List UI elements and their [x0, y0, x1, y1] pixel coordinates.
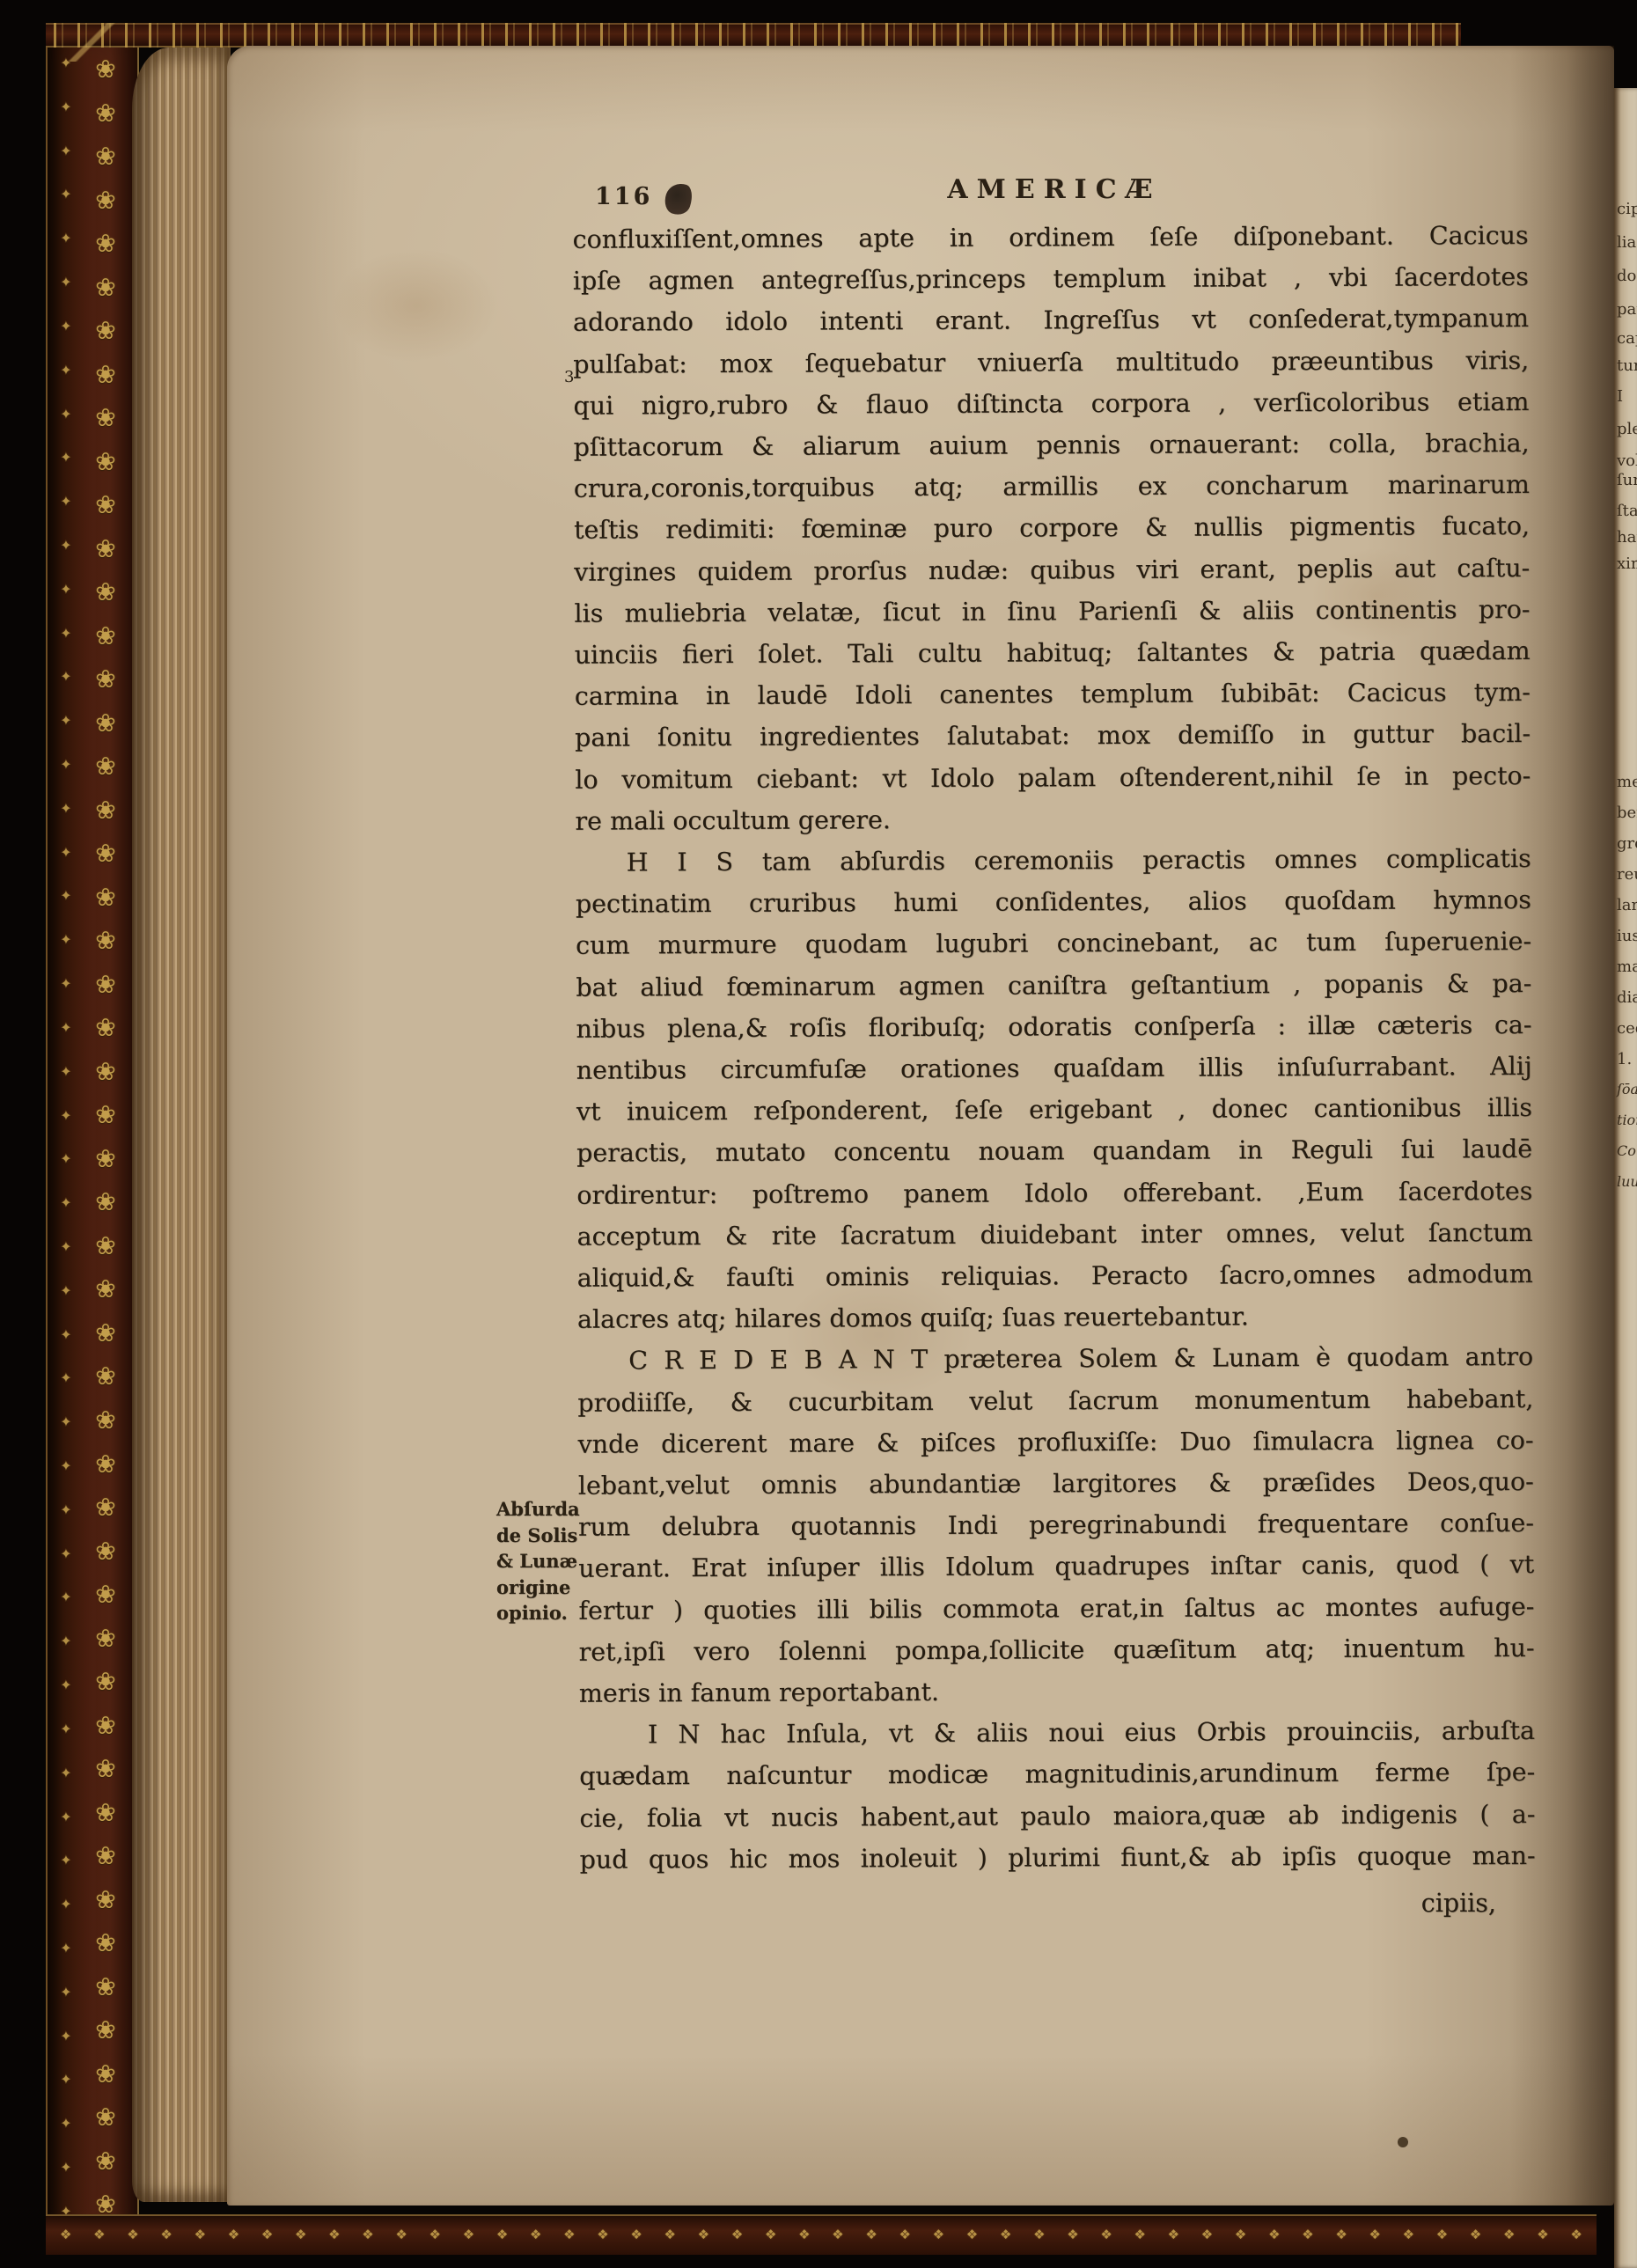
text-line: ordirentur: poſtremo panem Idolo offereb… — [576, 1177, 1532, 1210]
gold-ornament-icon: ❖ — [1436, 2227, 1448, 2242]
text-line: pectinatim cruribus humi conſidentes, al… — [576, 885, 1531, 919]
gold-ornament-icon: ❀ — [95, 273, 115, 302]
gold-ornament-icon: ✦ — [60, 1019, 71, 1036]
gold-ornament-icon: ❖ — [496, 2227, 508, 2242]
gold-ornament-icon: ❀ — [95, 534, 115, 563]
gold-ornament-icon: ❖ — [1470, 2227, 1481, 2242]
gold-ornament-icon: ✦ — [60, 1984, 71, 2000]
gold-ornament-icon: ✦ — [60, 1633, 71, 1649]
gold-ornament-icon: ❀ — [95, 1274, 115, 1303]
gold-ornament-icon: ✦ — [60, 1107, 71, 1124]
gold-ornament-icon: ✦ — [60, 493, 71, 510]
gold-ornament-icon: ❀ — [95, 1231, 115, 1260]
gold-ornament-icon: ❖ — [261, 2227, 273, 2242]
gold-ornament-icon: ❀ — [95, 2147, 115, 2176]
gold-ornament-icon: ❀ — [95, 360, 115, 389]
text-line: ipſe agmen antegreſſus,princeps templum … — [573, 262, 1529, 296]
gold-ornament-icon: ✦ — [60, 975, 71, 992]
gold-ornament-icon: ❖ — [798, 2227, 810, 2242]
gold-ornament-icon: ❖ — [630, 2227, 642, 2242]
gold-ornament-icon: ✦ — [60, 318, 71, 334]
gold-ornament-icon: ✦ — [60, 143, 71, 159]
text-line: uinciis fieri ſolet. Tali cultu habituq;… — [575, 636, 1531, 670]
text-line: meris in fanum reportabant. — [579, 1675, 1535, 1708]
text-line: pſittacorum & aliarum auium pennis ornau… — [574, 429, 1530, 462]
gold-ornament-icon: ❖ — [1335, 2227, 1347, 2242]
gold-ornament-icon: ✦ — [60, 1589, 71, 1605]
gold-ornament-icon: ❀ — [95, 1187, 115, 1216]
gold-ornament-icon: ❖ — [1134, 2227, 1146, 2242]
text-line: uerant. Erat inſuper illis Idolum quadru… — [578, 1550, 1534, 1583]
gold-ornament-icon: ❖ — [1268, 2227, 1280, 2242]
text-line: prodiiſſe, & cucurbitam velut ſacrum mon… — [577, 1384, 1533, 1418]
gold-ornament-icon: ❖ — [765, 2227, 776, 2242]
gold-ornament-icon: ❖ — [1235, 2227, 1246, 2242]
gold-ornament-icon: ❀ — [95, 186, 115, 215]
gold-ornament-icon: ❀ — [95, 1100, 115, 1129]
gold-tooling-bottom-row-icon: ❖❖❖❖❖❖❖❖❖❖❖❖❖❖❖❖❖❖❖❖❖❖❖❖❖❖❖❖❖❖❖❖❖❖❖❖❖❖❖❖… — [46, 2214, 1597, 2255]
page-edges-stack — [132, 48, 231, 2202]
text-line: teſtis redimiti: fœminæ puro corpore & n… — [574, 511, 1530, 545]
text-line: nibus plena,& roſis floribuſq; odoratis … — [576, 1010, 1531, 1044]
text-block: confluxiſſent,omnes apte in ordinem ſeſe… — [223, 43, 1619, 2209]
text-line: cie, folia vt nucis habent,aut paulo mai… — [579, 1800, 1535, 1833]
facing-page-text-fragment: diabo — [1617, 988, 1637, 1007]
gold-ornament-icon: ❀ — [95, 316, 115, 345]
text-line: re mali occultum gerere. — [575, 803, 1531, 836]
text-line: pulſabat: mox ſequebatur vniuerſa multit… — [573, 346, 1529, 379]
gold-ornament-icon: ❀ — [95, 229, 115, 258]
book-cover-bottom-band: ❖❖❖❖❖❖❖❖❖❖❖❖❖❖❖❖❖❖❖❖❖❖❖❖❖❖❖❖❖❖❖❖❖❖❖❖❖❖❖❖… — [46, 2214, 1597, 2255]
facing-page-text-fragment: xima — [1617, 554, 1637, 573]
gold-ornament-icon: ❖ — [127, 2227, 138, 2242]
gold-ornament-icon: ❀ — [95, 1144, 115, 1173]
gold-ornament-icon: ❀ — [95, 1362, 115, 1391]
gold-ornament-icon: ❀ — [95, 970, 115, 999]
facing-page-text-fragment: volup — [1617, 451, 1637, 470]
text-line: peractis, mutato concentu nouam quandam … — [576, 1134, 1532, 1168]
gold-ornament-icon: ✦ — [60, 1940, 71, 1956]
gold-ornament-icon: ❀ — [95, 752, 115, 781]
text-line: alacres atq; hilares domos quiſq; ſuas r… — [577, 1301, 1533, 1334]
facing-page-edge: cipilia ſtdonpatrcapittumIpleanvolupſum … — [1614, 88, 1637, 2268]
facing-page-text-fragment: don — [1617, 267, 1637, 285]
gold-ornament-icon: ❖ — [1067, 2227, 1078, 2242]
gold-ornament-icon: ❀ — [95, 1057, 115, 1086]
gold-ornament-icon: ✦ — [60, 2159, 71, 2176]
gold-ornament-icon: ❖ — [563, 2227, 575, 2242]
gold-ornament-icon: ❀ — [95, 1580, 115, 1609]
gold-ornament-icon: ✦ — [60, 1369, 71, 1386]
gold-ornament-icon: ✦ — [60, 362, 71, 378]
margin-note-line: & Lunæ — [496, 1548, 611, 1574]
facing-page-text-fragment: capit — [1617, 329, 1637, 348]
gold-ornament-icon: ❖ — [1570, 2227, 1582, 2242]
gold-ornament-icon: ❀ — [95, 708, 115, 738]
text-line: fertur ) quoties illi bilis commota erat… — [578, 1592, 1534, 1626]
text-line: lebant,velut omnis abundantiæ largitores… — [578, 1467, 1534, 1501]
text-line: pani ſonitu ingredientes ſalutabat: mox … — [575, 719, 1531, 752]
gold-ornament-icon: ✦ — [60, 756, 71, 773]
facing-page-text-fragment: Conſ — [1617, 1142, 1637, 1159]
gold-ornament-icon: ❖ — [228, 2227, 239, 2242]
gold-ornament-icon: ❖ — [933, 2227, 944, 2242]
gold-ornament-icon: ✦ — [60, 668, 71, 685]
facing-page-text-fragment: patr — [1617, 300, 1637, 319]
gold-ornament-icon: ❖ — [1000, 2227, 1011, 2242]
margin-note-line: Abſurda — [496, 1496, 611, 1523]
gold-ornament-icon: ✦ — [60, 712, 71, 729]
margin-note: Abſurdade Solis& Lunæorigineopinio. — [496, 1496, 611, 1626]
gold-ornament-icon: ❖ — [195, 2227, 206, 2242]
gold-ornament-icon: ❀ — [95, 839, 115, 868]
gold-ornament-icon: ✦ — [60, 1238, 71, 1255]
facing-page-text-fragment: gredi — [1617, 834, 1637, 853]
gold-ornament-icon: ❖ — [865, 2227, 877, 2242]
gold-ornament-icon: ✦ — [60, 2115, 71, 2132]
facing-page-text-fragment: tione ſ — [1617, 1112, 1637, 1128]
gold-ornament-icon: ❀ — [95, 926, 115, 955]
margin-note-line: de Solis — [496, 1523, 611, 1549]
book-scan: ✦✦✦✦✦✦✦✦✦✦✦✦✦✦✦✦✦✦✦✦✦✦✦✦✦✦✦✦✦✦✦✦✦✦✦✦✦✦✦✦… — [0, 0, 1637, 2268]
gold-ornament-icon: ❀ — [95, 1450, 115, 1479]
facing-page-text-fragment: 1. — [1617, 1050, 1632, 1068]
facing-page-text-fragment: hauri — [1617, 528, 1637, 547]
gold-ornament-icon: ✦ — [60, 844, 71, 861]
gold-ornament-icon: ❖ — [395, 2227, 407, 2242]
facing-page-text-fragment: bent — [1617, 804, 1637, 822]
gold-ornament-icon: ❖ — [1537, 2227, 1548, 2242]
facing-page-text-fragment: reum — [1617, 865, 1637, 884]
gold-ornament-icon: ✦ — [60, 1194, 71, 1211]
text-line: carmina in laudē Idoli canentes templum … — [575, 678, 1531, 711]
gold-ornament-icon: ❀ — [95, 142, 115, 171]
gold-ornament-icon: ✦ — [60, 230, 71, 246]
gold-ornament-icon: ❖ — [899, 2227, 911, 2242]
facing-page-text-fragment: lam & — [1617, 896, 1637, 914]
book-cover-left-edge: ✦✦✦✦✦✦✦✦✦✦✦✦✦✦✦✦✦✦✦✦✦✦✦✦✦✦✦✦✦✦✦✦✦✦✦✦✦✦✦✦… — [46, 25, 139, 2255]
cover-corner-mitre — [46, 23, 137, 62]
gold-ornament-icon: ❖ — [328, 2227, 340, 2242]
gold-ornament-icon: ✦ — [60, 1765, 71, 1781]
gold-tooling-rosette-column-icon: ❀❀❀❀❀❀❀❀❀❀❀❀❀❀❀❀❀❀❀❀❀❀❀❀❀❀❀❀❀❀❀❀❀❀❀❀❀❀❀❀… — [83, 55, 128, 2220]
text-line: ret,ipſi vero ſolenni pompa,ſollicite qu… — [579, 1633, 1535, 1667]
text-line: bat aliud fœminarum agmen caniſtra geſta… — [576, 969, 1531, 1002]
gold-ornament-icon: ✦ — [60, 1282, 71, 1299]
gold-ornament-icon: ✦ — [60, 1150, 71, 1167]
gold-ornament-icon: ❀ — [95, 1754, 115, 1783]
text-line: aliquid,& fauſti ominis reliquias. Perac… — [577, 1259, 1533, 1293]
gold-ornament-icon: ✦ — [60, 1545, 71, 1562]
gold-ornament-icon: ❀ — [95, 1885, 115, 1914]
gold-ornament-icon: ✦ — [60, 1677, 71, 1693]
gold-ornament-icon: ❖ — [463, 2227, 474, 2242]
gold-ornament-icon: ❖ — [1302, 2227, 1313, 2242]
facing-page-text-fragment: ius in — [1617, 927, 1637, 945]
gold-ornament-icon: ✦ — [60, 1501, 71, 1518]
facing-page-text-fragment: ſōa ſ — [1617, 1081, 1637, 1097]
text-line: I N hac Inſula, vt & aliis noui eius Orb… — [579, 1716, 1535, 1750]
gold-ornament-icon: ✦ — [60, 186, 71, 202]
gold-ornament-icon: ✦ — [60, 887, 71, 904]
gold-ornament-icon: ✦ — [60, 1413, 71, 1430]
text-line: crura,coronis,torquibus atq; armillis ex… — [574, 470, 1530, 503]
gold-ornament-icon: ❀ — [95, 1928, 115, 1957]
gold-ornament-icon: ❀ — [95, 2059, 115, 2088]
gold-ornament-icon: ❀ — [95, 1798, 115, 1827]
gold-ornament-icon: ✦ — [60, 1809, 71, 1825]
text-line: confluxiſſent,omnes apte in ordinem ſeſe… — [573, 221, 1529, 254]
gold-ornament-icon: ✦ — [60, 2071, 71, 2088]
gold-ornament-icon: ❀ — [95, 1406, 115, 1435]
gold-ornament-icon: ✦ — [60, 1326, 71, 1343]
gold-ornament-icon: ❀ — [95, 403, 115, 432]
gold-ornament-icon: ✦ — [60, 931, 71, 948]
gold-ornament-icon: ✦ — [60, 99, 71, 115]
gold-ornament-icon: ❖ — [295, 2227, 306, 2242]
gold-ornament-icon: ✦ — [60, 800, 71, 817]
gold-ornament-icon: ❀ — [95, 1841, 115, 1870]
gold-ornament-icon: ❖ — [530, 2227, 541, 2242]
gold-ornament-icon: ❖ — [731, 2227, 743, 2242]
gold-ornament-icon: ✦ — [60, 406, 71, 422]
gold-ornament-icon: ❖ — [160, 2227, 172, 2242]
gold-ornament-icon: ❀ — [95, 577, 115, 606]
text-line: lo vomitum ciebant: vt Idolo palam oſten… — [575, 761, 1531, 795]
gold-ornament-icon: ❖ — [832, 2227, 843, 2242]
facing-page-text-fragment: ſum c — [1617, 471, 1637, 489]
text-line: H I S tam abſurdis ceremoniis peractis o… — [576, 844, 1531, 877]
facing-page-text-fragment: luum — [1617, 1173, 1637, 1190]
gold-ornament-icon: ❀ — [95, 883, 115, 912]
gold-ornament-icon: ❖ — [1100, 2227, 1112, 2242]
margin-note-line: origine — [496, 1574, 611, 1601]
gold-ornament-icon: ✦ — [60, 1852, 71, 1868]
gutter-shadow — [1510, 46, 1614, 2206]
gold-ornament-icon: ❀ — [95, 1972, 115, 2001]
margin-signature-mark: 3 — [564, 368, 574, 386]
gold-ornament-icon: ❖ — [362, 2227, 373, 2242]
facing-page-text-fragment: ceder — [1617, 1019, 1637, 1038]
gold-ornament-icon: ❖ — [698, 2227, 709, 2242]
facing-page-text-fragment: ſtate — [1617, 502, 1637, 520]
gold-ornament-icon: ✦ — [60, 449, 71, 466]
gold-ornament-icon: ❖ — [1369, 2227, 1380, 2242]
gold-ornament-icon: ❀ — [95, 796, 115, 825]
gold-ornament-icon: ✦ — [60, 1721, 71, 1737]
facing-page-text-fragment: mare — [1617, 958, 1637, 976]
gold-ornament-icon: ❖ — [966, 2227, 978, 2242]
gold-ornament-icon: ❀ — [95, 1624, 115, 1653]
gold-ornament-icon: ❖ — [1503, 2227, 1515, 2242]
gold-ornament-icon: ✦ — [60, 1457, 71, 1474]
facing-page-text-fragment: tum — [1617, 356, 1637, 375]
facing-page-text-fragment: cipi — [1617, 200, 1637, 218]
facing-page-text-fragment: I — [1617, 387, 1623, 406]
book-page: 116 AMERICÆ confluxiſſent,omnes apte in … — [227, 46, 1614, 2206]
facing-page-text-fragment: lia ſt — [1617, 233, 1637, 252]
gold-ornament-icon: ✦ — [60, 2028, 71, 2044]
text-line: C R E D E B A N T præterea Solem & Lunam… — [577, 1342, 1533, 1376]
text-line: vnde dicerent mare & piſces profluxiſſe:… — [578, 1426, 1534, 1459]
gold-tooling-outer-column-icon: ✦✦✦✦✦✦✦✦✦✦✦✦✦✦✦✦✦✦✦✦✦✦✦✦✦✦✦✦✦✦✦✦✦✦✦✦✦✦✦✦… — [53, 55, 79, 2220]
gold-ornament-icon: ❖ — [1168, 2227, 1179, 2242]
gold-ornament-icon: ❀ — [95, 1318, 115, 1347]
gold-ornament-icon: ❖ — [597, 2227, 608, 2242]
margin-note-line: opinio. — [496, 1600, 611, 1626]
gold-ornament-icon: ✦ — [60, 625, 71, 642]
gold-ornament-icon: ❖ — [429, 2227, 441, 2242]
gold-ornament-icon: ✦ — [60, 537, 71, 554]
gold-ornament-icon: ❀ — [95, 2015, 115, 2044]
gold-ornament-icon: ❀ — [95, 1711, 115, 1740]
text-line: cum murmure quodam lugubri concinebant, … — [576, 927, 1531, 960]
gold-ornament-icon: ❀ — [95, 621, 115, 650]
gold-ornament-icon: ❀ — [95, 2103, 115, 2132]
gold-ornament-icon: ✦ — [60, 581, 71, 598]
gold-ornament-icon: ✦ — [60, 1063, 71, 1080]
text-line: virgines quidem prorſus nudæ: quibus vir… — [574, 554, 1530, 587]
gold-ornament-icon: ❀ — [95, 447, 115, 476]
gold-ornament-icon: ❖ — [1403, 2227, 1414, 2242]
gold-ornament-icon: ❀ — [95, 99, 115, 128]
text-line: adorando idolo intenti erant. Ingreſſus … — [573, 304, 1529, 337]
gold-ornament-icon: ❖ — [60, 2227, 71, 2242]
text-line: rum delubra quotannis Indi peregrinabund… — [578, 1508, 1534, 1542]
gold-ornament-icon: ❀ — [95, 490, 115, 519]
gold-ornament-icon: ❖ — [1033, 2227, 1045, 2242]
text-line: acceptum & rite ſacratum diuidebant inte… — [576, 1218, 1532, 1251]
facing-page-text-fragment: ment — [1617, 773, 1637, 791]
gold-ornament-icon: ❀ — [95, 1537, 115, 1566]
text-line: lis muliebria velatæ, ſicut in ſinu Pari… — [574, 595, 1530, 628]
gold-ornament-icon: ❀ — [95, 1013, 115, 1042]
text-line: pud quos hic mos inoleuit ) plurimi fiun… — [580, 1841, 1536, 1875]
text-line: nentibus circumfuſæ orationes quaſdam il… — [576, 1052, 1532, 1085]
gold-ornament-icon: ✦ — [60, 274, 71, 290]
catchword: cipiis, — [1320, 1889, 1496, 1918]
gold-ornament-icon: ❖ — [1201, 2227, 1213, 2242]
gold-ornament-icon: ❖ — [664, 2227, 676, 2242]
text-line: quædam naſcuntur modicæ magnitudinis,aru… — [579, 1758, 1535, 1791]
text-line: vt inuicem reſponderent, ſeſe erigebant … — [576, 1093, 1532, 1127]
gold-ornament-icon: ❖ — [93, 2227, 105, 2242]
facing-page-text-fragment: plean — [1617, 420, 1637, 438]
gold-ornament-icon: ❀ — [95, 1667, 115, 1696]
gold-ornament-icon: ❀ — [95, 664, 115, 694]
text-line: qui nigro,rubro & flauo diſtincta corpor… — [573, 387, 1529, 421]
gold-ornament-icon: ❀ — [95, 1493, 115, 1522]
gold-ornament-icon: ✦ — [60, 1896, 71, 1912]
